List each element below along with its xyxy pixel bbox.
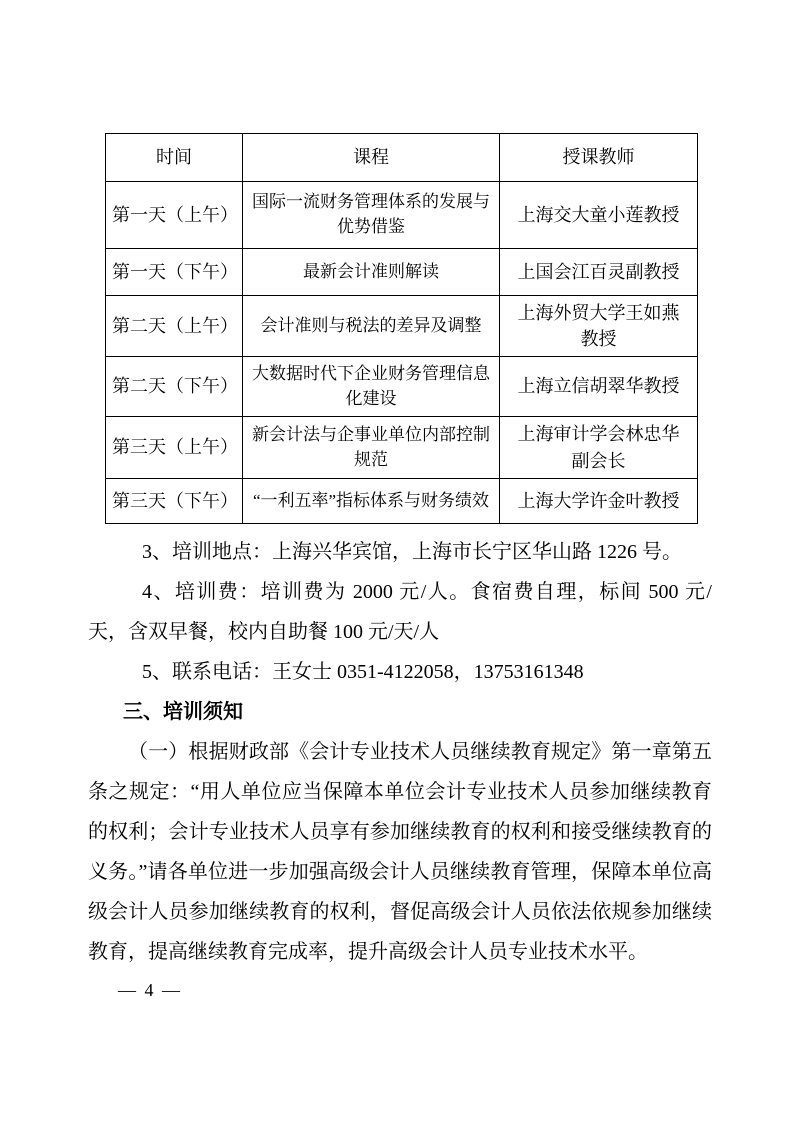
contact-phone-paragraph: 5、联系电话：王女士 0351-4122058，13753161348 <box>88 652 712 692</box>
table-header-course: 课程 <box>243 134 500 182</box>
table-cell-time: 第三天（下午） <box>106 479 243 524</box>
table-cell-course: 最新会计准则解读 <box>243 249 500 296</box>
table-row: 第三天（上午） 新会计法与企事业单位内部控制规范 上海审计学会林忠华副会长 <box>106 417 698 479</box>
table-cell-course: 国际一流财务管理体系的发展与优势借鉴 <box>243 182 500 249</box>
page-number: — 4 — <box>88 978 712 1002</box>
table-cell-time: 第二天（上午） <box>106 296 243 357</box>
table-cell-teacher: 上海大学许金叶教授 <box>500 479 698 524</box>
table-cell-course: 会计准则与税法的差异及调整 <box>243 296 500 357</box>
table-row: 第二天（上午） 会计准则与税法的差异及调整 上海外贸大学王如燕教授 <box>106 296 698 357</box>
table-cell-time: 第一天（上午） <box>106 182 243 249</box>
table-cell-time: 第一天（下午） <box>106 249 243 296</box>
table-cell-teacher: 上海外贸大学王如燕教授 <box>500 296 698 357</box>
table-header-time: 时间 <box>106 134 243 182</box>
table-cell-teacher: 上海立信胡翠华教授 <box>500 357 698 417</box>
table-cell-course: “一利五率”指标体系与财务绩效 <box>243 479 500 524</box>
table-cell-time: 第三天（上午） <box>106 417 243 479</box>
training-fee-paragraph: 4、培训费：培训费为 2000 元/人。食宿费自理，标间 500 元/天，含双早… <box>88 572 712 652</box>
training-notice-paragraph: （一）根据财政部《会计专业技术人员继续教育规定》第一章第五条之规定：“用人单位应… <box>88 732 712 972</box>
document-body: 3、培训地点：上海兴华宾馆，上海市长宁区华山路 1226 号。 4、培训费：培训… <box>88 532 712 972</box>
table-cell-course: 新会计法与企事业单位内部控制规范 <box>243 417 500 479</box>
table-row: 第一天（下午） 最新会计准则解读 上国会江百灵副教授 <box>106 249 698 296</box>
table-row: 第三天（下午） “一利五率”指标体系与财务绩效 上海大学许金叶教授 <box>106 479 698 524</box>
table-cell-teacher: 上海交大童小莲教授 <box>500 182 698 249</box>
table-cell-time: 第二天（下午） <box>106 357 243 417</box>
table-cell-teacher: 上海审计学会林忠华副会长 <box>500 417 698 479</box>
table-header-row: 时间 课程 授课教师 <box>106 134 698 182</box>
document-page: 时间 课程 授课教师 第一天（上午） 国际一流财务管理体系的发展与优势借鉴 上海… <box>0 0 800 1131</box>
table-header-teacher: 授课教师 <box>500 134 698 182</box>
section-heading-training-notes: 三、培训须知 <box>88 692 712 732</box>
table-row: 第二天（下午） 大数据时代下企业财务管理信息化建设 上海立信胡翠华教授 <box>106 357 698 417</box>
course-schedule-table: 时间 课程 授课教师 第一天（上午） 国际一流财务管理体系的发展与优势借鉴 上海… <box>105 133 698 524</box>
table-row: 第一天（上午） 国际一流财务管理体系的发展与优势借鉴 上海交大童小莲教授 <box>106 182 698 249</box>
training-location-paragraph: 3、培训地点：上海兴华宾馆，上海市长宁区华山路 1226 号。 <box>88 532 712 572</box>
table-cell-teacher: 上国会江百灵副教授 <box>500 249 698 296</box>
table-cell-course: 大数据时代下企业财务管理信息化建设 <box>243 357 500 417</box>
